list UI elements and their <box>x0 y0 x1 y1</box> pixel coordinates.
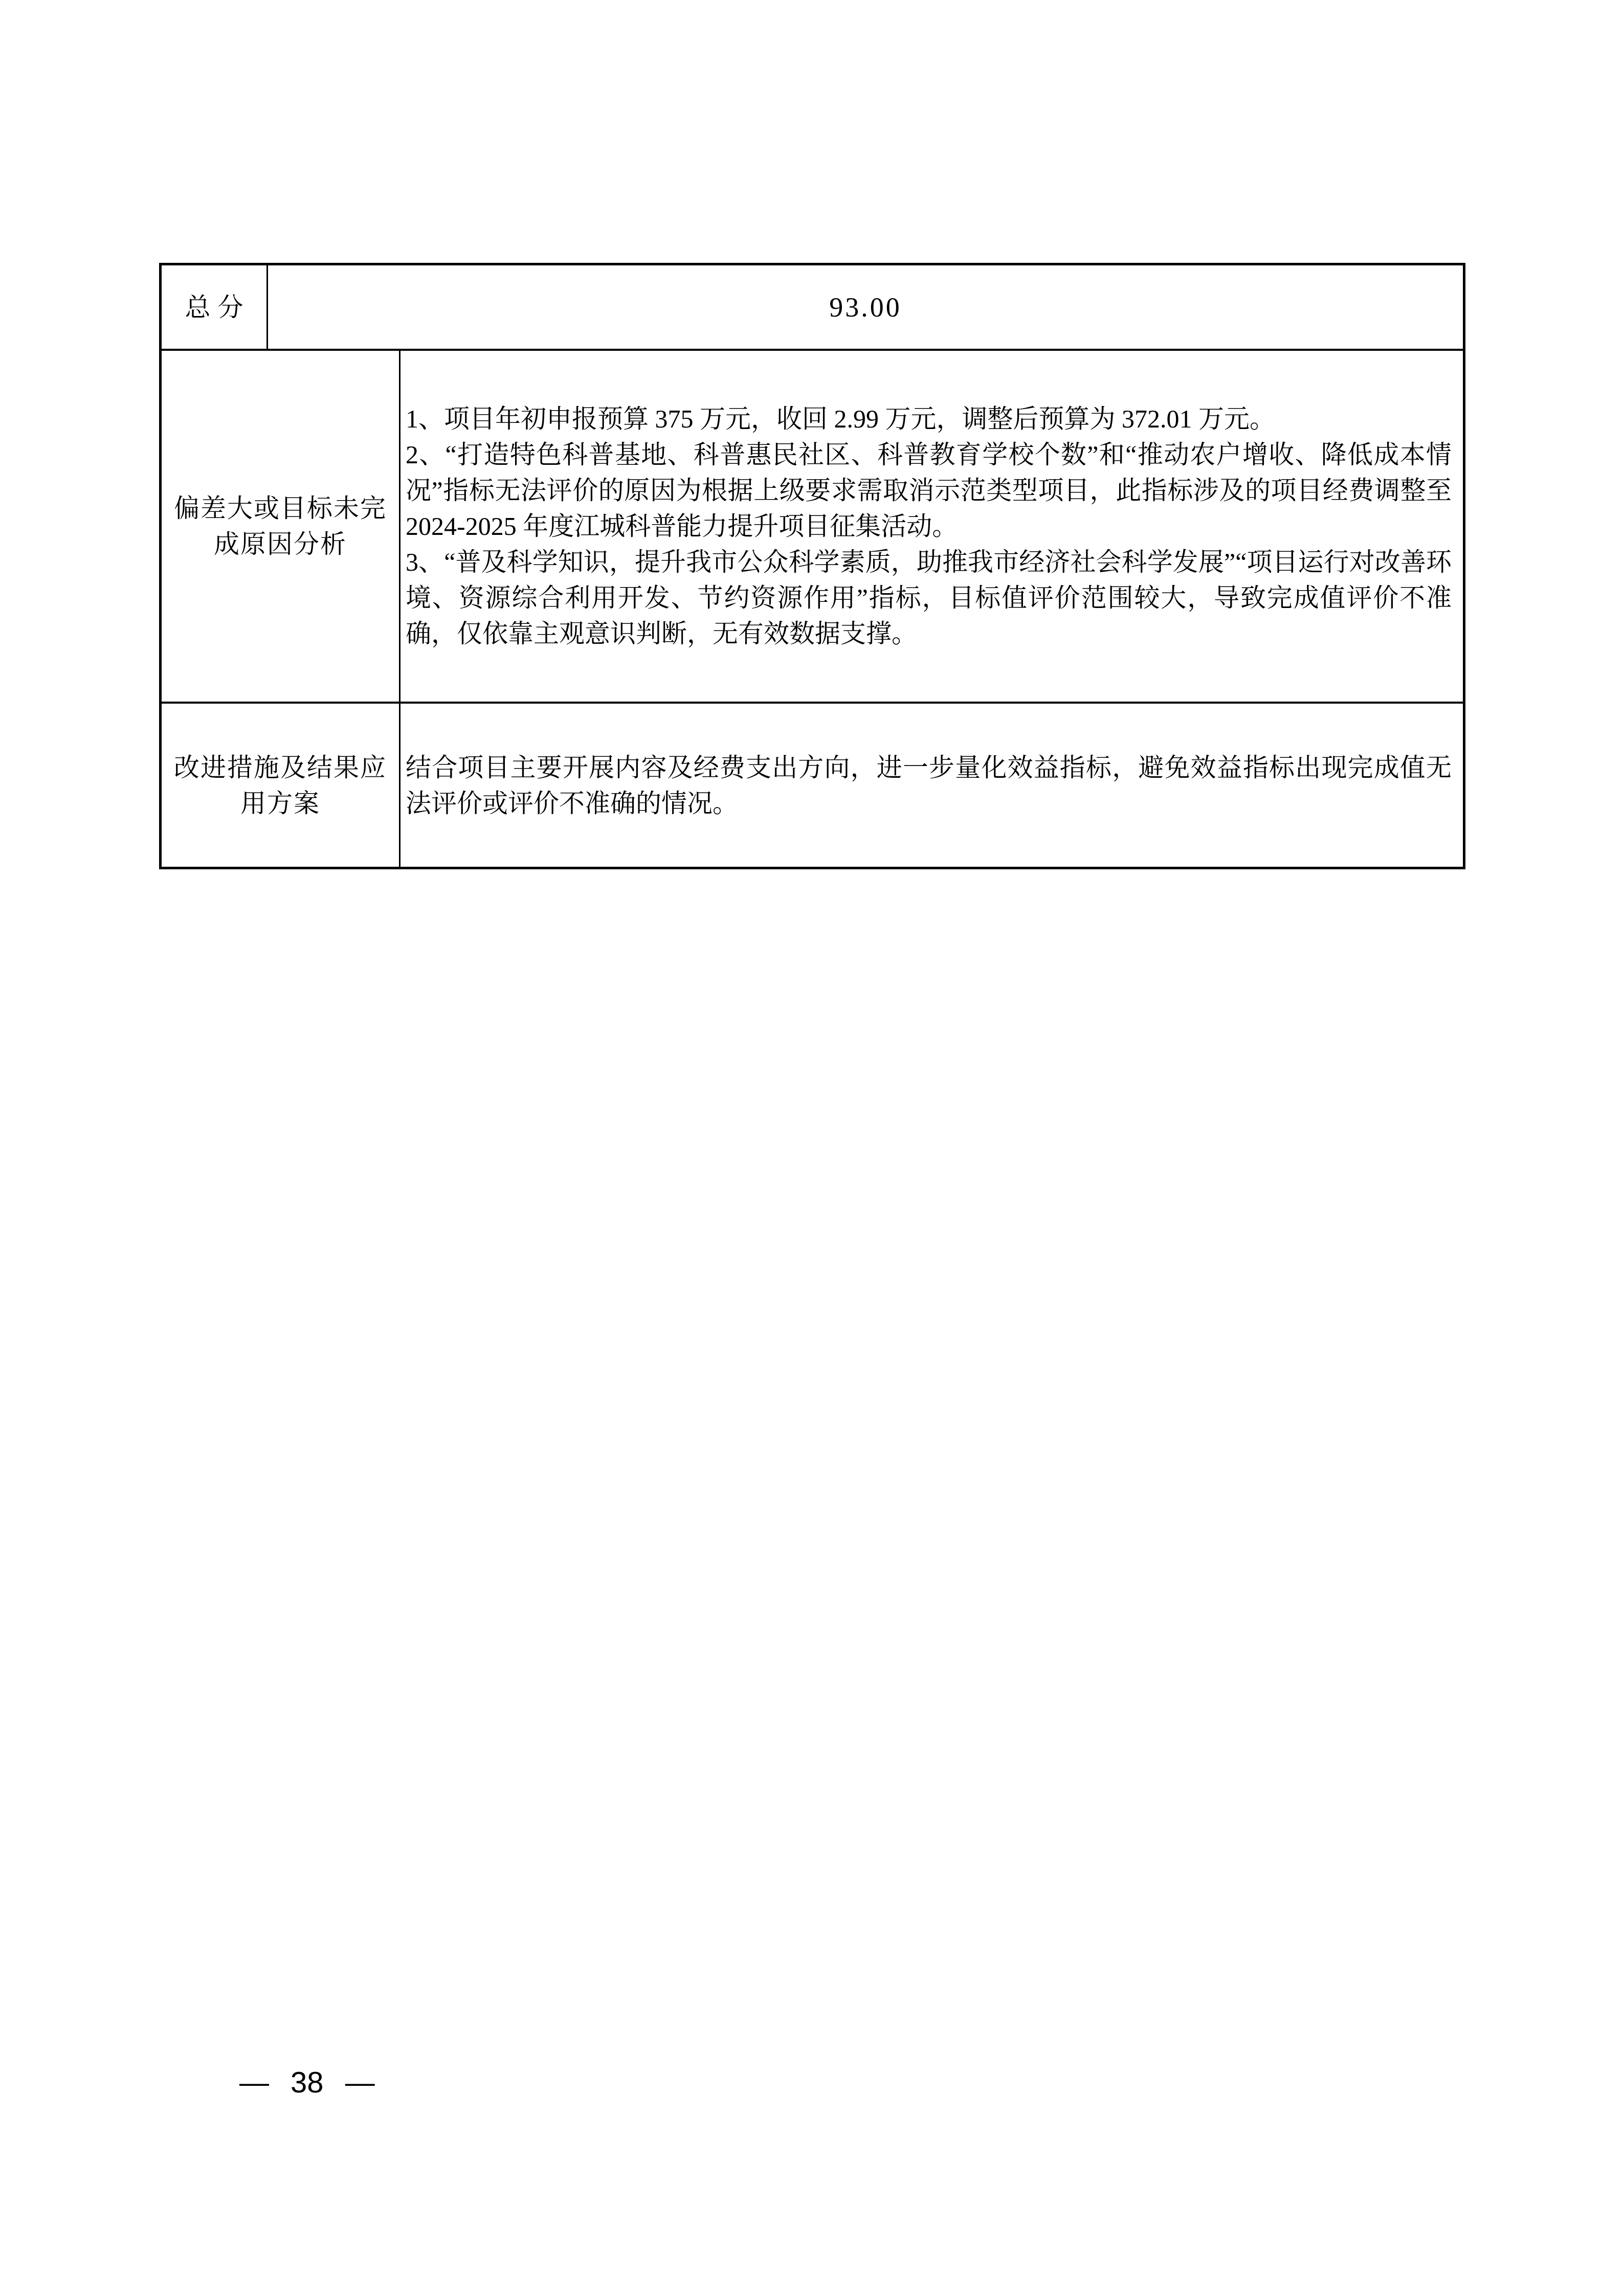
total-score-label: 总分 <box>178 289 251 325</box>
page-number: — 38 — <box>239 2065 375 2101</box>
deviation-item-1: 1、项目年初申报预算 375 万元，收回 2.99 万元，调整后预算为 372.… <box>406 401 1452 437</box>
improvement-plan-label-cell: 改进措施及结果应用方案 <box>162 704 401 867</box>
deviation-item-3: 3、“普及科学知识，提升我市公众科学素质，助推我市经济社会科学发展”“项目运行对… <box>406 544 1452 651</box>
table-row-total-score: 总分 93.00 <box>162 265 1463 351</box>
improvement-plan-content: 结合项目主要开展内容及经费支出方向，进一步量化效益指标，避免效益指标出现完成值无… <box>401 704 1463 867</box>
total-score-value: 93.00 <box>268 265 1463 349</box>
total-score-label-cell: 总分 <box>162 265 268 349</box>
improvement-plan-text: 结合项目主要开展内容及经费支出方向，进一步量化效益指标，避免效益指标出现完成值无… <box>406 750 1452 821</box>
deviation-analysis-label: 偏差大或目标未完成原因分析 <box>173 490 388 562</box>
table-row-deviation-analysis: 偏差大或目标未完成原因分析 1、项目年初申报预算 375 万元，收回 2.99 … <box>162 351 1463 704</box>
document-page: { "table": { "rows": [ { "label": "总分", … <box>0 0 1624 2296</box>
improvement-plan-label: 改进措施及结果应用方案 <box>173 750 388 821</box>
deviation-analysis-content: 1、项目年初申报预算 375 万元，收回 2.99 万元，调整后预算为 372.… <box>401 351 1463 702</box>
table-row-improvement-plan: 改进措施及结果应用方案 结合项目主要开展内容及经费支出方向，进一步量化效益指标，… <box>162 704 1463 867</box>
deviation-item-2: 2、“打造特色科普基地、科普惠民社区、科普教育学校个数”和“推动农户增收、降低成… <box>406 437 1452 544</box>
deviation-analysis-label-cell: 偏差大或目标未完成原因分析 <box>162 351 401 702</box>
evaluation-summary-table: 总分 93.00 偏差大或目标未完成原因分析 1、项目年初申报预算 375 万元… <box>159 263 1465 869</box>
